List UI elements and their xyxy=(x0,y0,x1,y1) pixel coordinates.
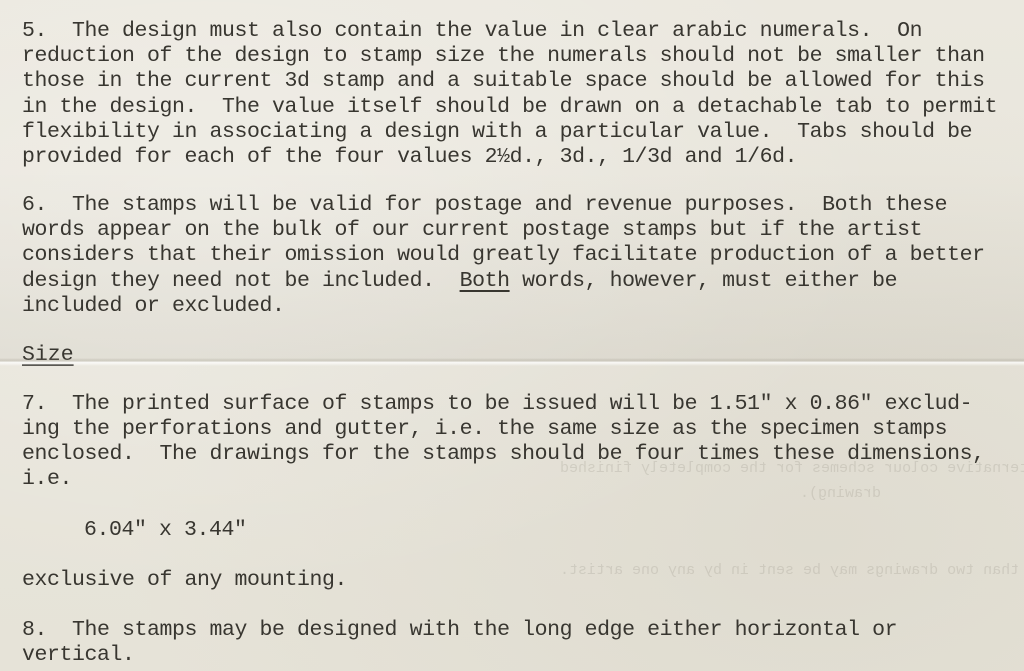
drawing-dimensions: 6.04" x 3.44" xyxy=(84,517,247,543)
paragraph-6-line-2: words appear on the bulk of our current … xyxy=(22,217,922,243)
paragraph-6-line-1: 6. The stamps will be valid for postage … xyxy=(22,192,947,218)
paragraph-7-line-1: 7. The printed surface of stamps to be i… xyxy=(22,391,972,417)
paragraph-6-line-3: considers that their omission would grea… xyxy=(22,242,985,268)
paragraph-6-line-4-start: design they need not be included. xyxy=(22,269,460,293)
paragraph-7-closing: exclusive of any mounting. xyxy=(22,567,347,593)
paragraph-5-line-5: flexibility in associating a design with… xyxy=(22,119,972,145)
bleed-through-text: 15. Not more than two drawings may be se… xyxy=(560,562,1024,579)
bleed-through-text: drawing). xyxy=(800,485,881,502)
underlined-word-both: Both xyxy=(460,269,510,293)
paragraph-7-line-4: i.e. xyxy=(22,466,72,492)
paragraph-6-line-4-end: words, however, must either be xyxy=(510,269,898,293)
paragraph-8-line-1: 8. The stamps may be designed with the l… xyxy=(22,617,897,643)
paper-fold-crease xyxy=(0,358,1024,366)
paragraph-5-line-2: reduction of the design to stamp size th… xyxy=(22,43,985,69)
paragraph-8-line-2: vertical. xyxy=(22,642,135,668)
paragraph-6-line-4: design they need not be included. Both w… xyxy=(22,268,897,294)
paragraph-7-line-2: ing the perforations and gutter, i.e. th… xyxy=(22,416,947,442)
scanned-document-page: adapted to show alternative colour schem… xyxy=(0,0,1024,671)
paragraph-5-line-4: in the design. The value itself should b… xyxy=(22,94,997,120)
paragraph-7-line-3: enclosed. The drawings for the stamps sh… xyxy=(22,441,985,467)
paragraph-5-line-6: provided for each of the four values 2½d… xyxy=(22,144,797,170)
paragraph-5-line-1: 5. The design must also contain the valu… xyxy=(22,18,922,44)
paragraph-5-line-3: those in the current 3d stamp and a suit… xyxy=(22,68,985,94)
paragraph-6-line-5: included or excluded. xyxy=(22,293,285,319)
